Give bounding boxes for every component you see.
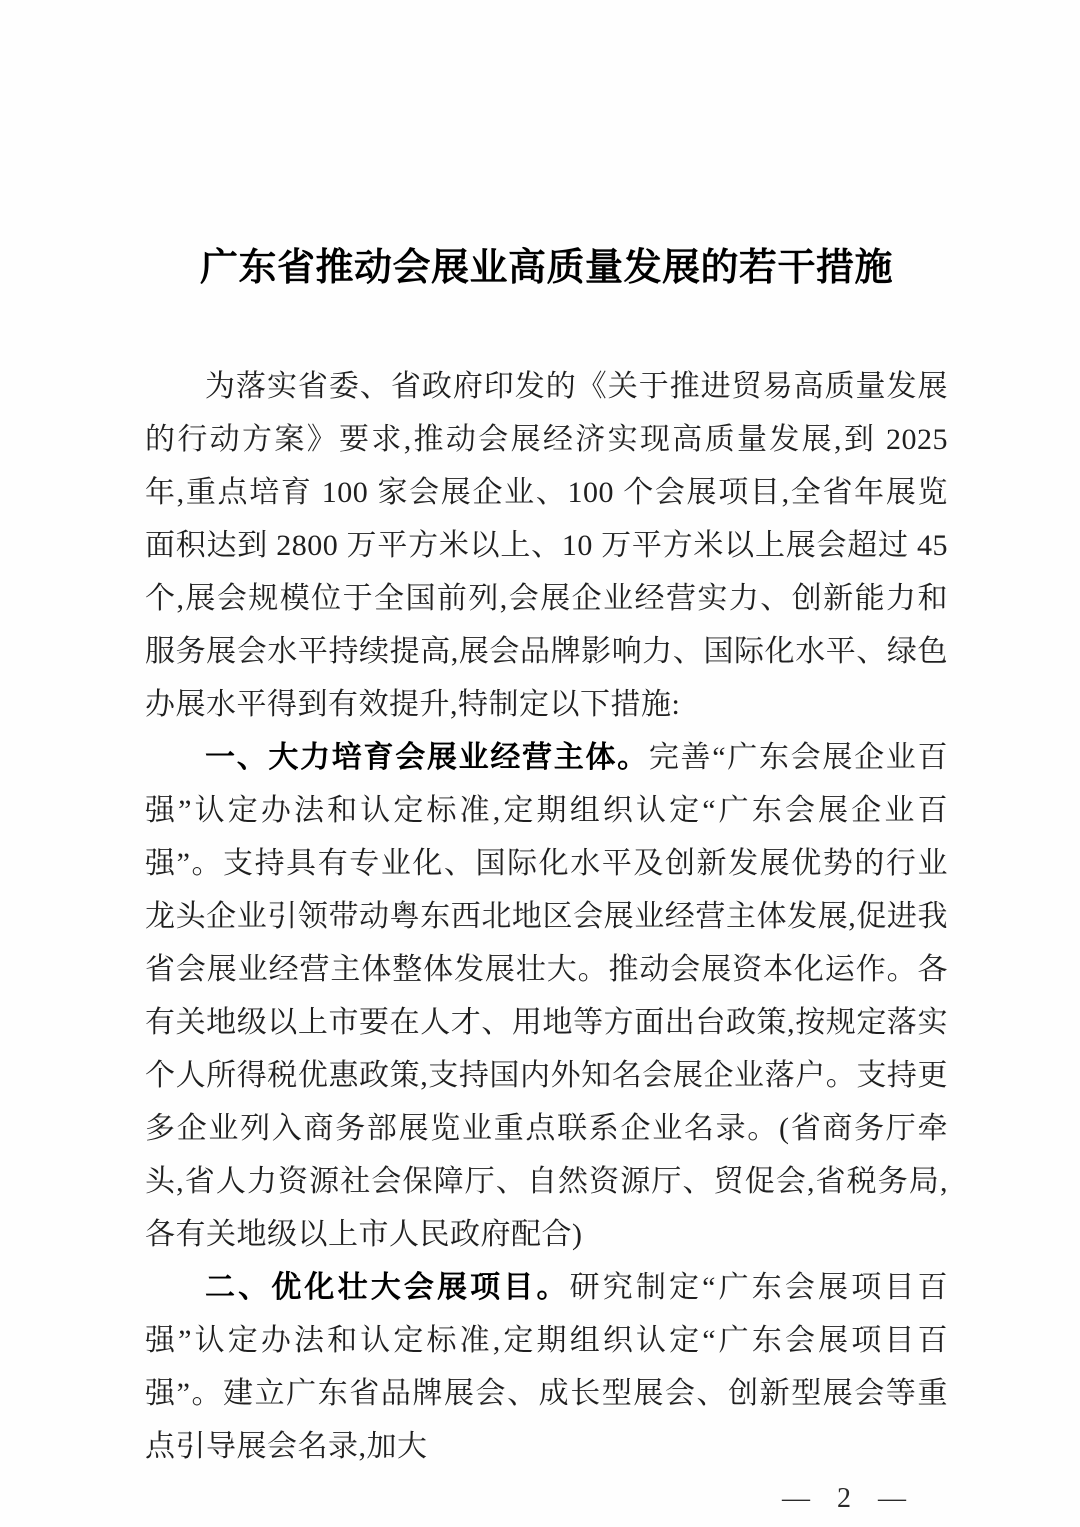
paragraph-text: 为落实省委、省政府印发的《关于推进贸易高质量发展的行动方案》要求,推动会展经济实…: [145, 370, 948, 721]
body-paragraph-section-2: 二、优化壮大会展项目。研究制定“广东会展项目百强”认定办法和认定标准,定期组织认…: [145, 1261, 948, 1473]
document-body: 为落实省委、省政府印发的《关于推进贸易高质量发展的行动方案》要求,推动会展经济实…: [145, 360, 948, 1473]
document-page: 广东省推动会展业高质量发展的若干措施 为落实省委、省政府印发的《关于推进贸易高质…: [0, 0, 1080, 1527]
body-paragraph-intro: 为落实省委、省政府印发的《关于推进贸易高质量发展的行动方案》要求,推动会展经济实…: [145, 360, 948, 731]
document-title: 广东省推动会展业高质量发展的若干措施: [145, 0, 948, 296]
paragraph-lead: 二、优化壮大会展项目。: [205, 1271, 570, 1304]
paragraph-text: 完善“广东会展企业百强”认定办法和认定标准,定期组织认定“广东会展企业百强”。支…: [145, 741, 948, 1251]
paragraph-lead: 一、大力培育会展业经营主体。: [205, 741, 649, 774]
page-number: — 2 —: [782, 1483, 916, 1515]
page-footer: — 2 —: [145, 1483, 948, 1515]
body-paragraph-section-1: 一、大力培育会展业经营主体。完善“广东会展企业百强”认定办法和认定标准,定期组织…: [145, 731, 948, 1261]
